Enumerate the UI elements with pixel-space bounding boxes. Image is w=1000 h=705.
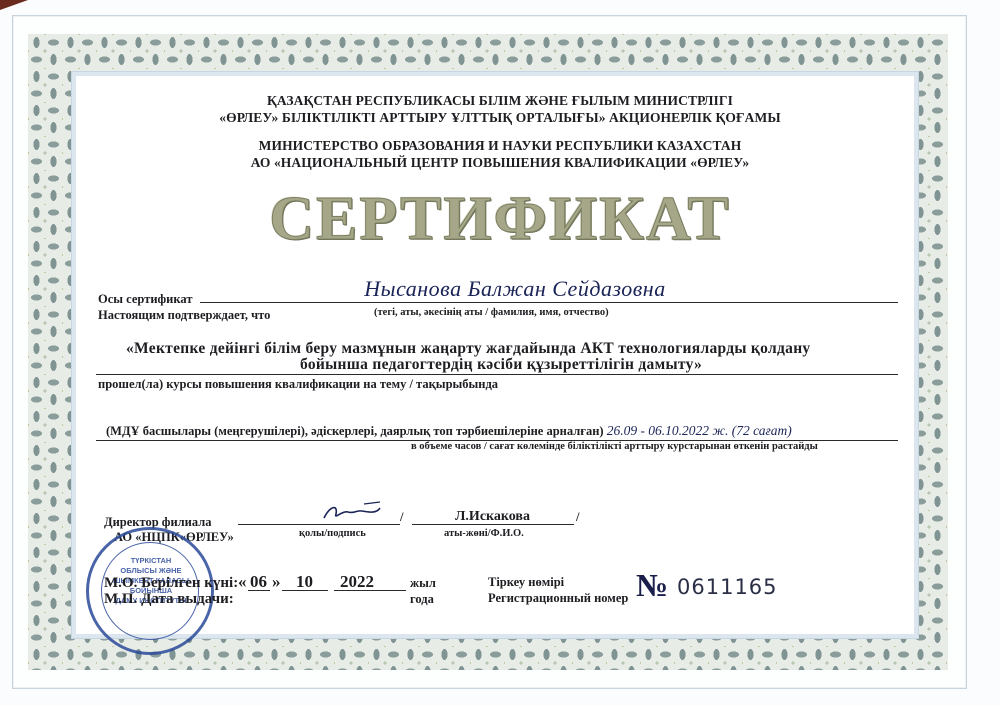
topic-underline bbox=[96, 374, 898, 375]
seal-line: ТҮРКІСТАН bbox=[107, 556, 195, 566]
recipient-label-ru: Настоящим подтверждает, что bbox=[98, 308, 270, 323]
registration-number: 0611165 bbox=[677, 575, 778, 599]
day-underline bbox=[248, 590, 270, 591]
issue-day: 06 bbox=[250, 572, 267, 592]
recipient-hint: (тегі, аты, әкесінің аты / фамилия, имя,… bbox=[374, 307, 609, 318]
month-underline bbox=[282, 590, 328, 591]
quote-close: » bbox=[272, 572, 281, 592]
registration-number-symbol: № bbox=[636, 567, 668, 604]
course-audience-period: (МДҰ басшылары (меңгерушілері), әдіскерл… bbox=[106, 423, 792, 439]
course-topic-line2: бойынша педагогтердің кәсіби құзыреттілі… bbox=[300, 356, 702, 374]
issue-year: 2022 bbox=[340, 572, 374, 592]
header-kz-line1: ҚАЗАҚСТАН РЕСПУБЛИКАСЫ БІЛІМ ЖӘНЕ ҒЫЛЫМ … bbox=[0, 93, 1000, 109]
separator-slash-2: / bbox=[576, 510, 579, 525]
header-ru-line1: МИНИСТЕРСТВО ОБРАЗОВАНИЯ И НАУКИ РЕСПУБЛ… bbox=[0, 138, 1000, 154]
course-passed-label: прошел(ла) курсы повышения квалификации … bbox=[98, 377, 498, 392]
course-audience: (МДҰ басшылары (меңгерушілері), әдіскерл… bbox=[106, 424, 604, 438]
recipient-name: Нысанова Балжан Сейдазовна bbox=[320, 276, 710, 302]
signature-label: қолы/подпись bbox=[299, 528, 366, 539]
signatory-name-label: аты-жөні/Ф.И.О. bbox=[444, 528, 524, 539]
separator-slash-1: / bbox=[400, 510, 403, 525]
signatory-name: Л.Искакова bbox=[455, 509, 530, 525]
registration-label-ru: Регистрационный номер bbox=[488, 591, 628, 606]
course-volume-label: в объеме часов / сағат көлемінде білікті… bbox=[411, 441, 818, 452]
header-kz-line2: «ӨРЛЕУ» БІЛІКТІЛІКТІ АРТТЫРУ ҰЛТТЫҚ ОРТА… bbox=[0, 110, 1000, 126]
signature-underline bbox=[238, 524, 400, 525]
header-ru-line2: АО «НАЦИОНАЛЬНЫЙ ЦЕНТР ПОВЫШЕНИЯ КВАЛИФИ… bbox=[0, 155, 1000, 171]
quote-open: « bbox=[238, 572, 247, 592]
registration-label-kz: Тіркеу нөмірі bbox=[488, 575, 564, 590]
recipient-underline bbox=[200, 302, 898, 303]
recipient-label-kz: Осы сертификат bbox=[98, 292, 192, 307]
course-period: 26.09 - 06.10.2022 ж. (72 сағат) bbox=[607, 423, 792, 438]
issue-year-kz: жыл bbox=[410, 576, 436, 591]
certificate-title: СЕРТИФИКАТ bbox=[0, 184, 1000, 255]
issue-label-kz: М.О. Берілген күні: bbox=[104, 575, 238, 592]
signature-icon bbox=[320, 500, 390, 524]
corner-tab bbox=[0, 0, 28, 10]
year-underline bbox=[334, 590, 406, 591]
issue-label-ru: М.П. Дата выдачи: bbox=[104, 591, 234, 608]
issue-month: 10 bbox=[296, 572, 313, 592]
issue-year-ru: года bbox=[410, 592, 434, 607]
